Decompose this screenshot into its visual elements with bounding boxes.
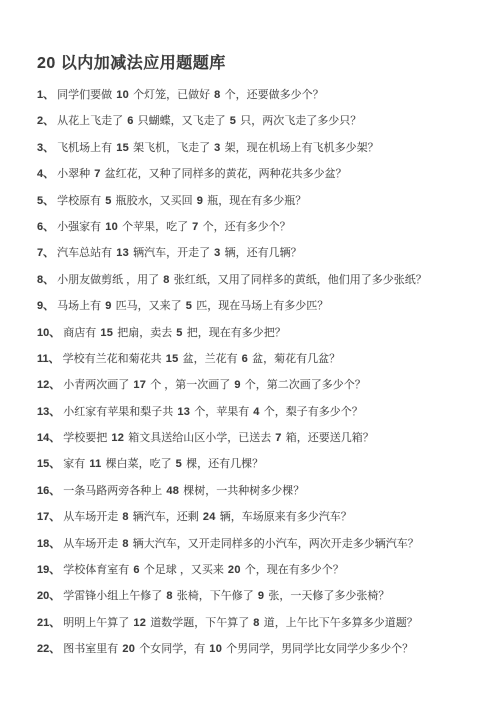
question-item: 8、小朋友做剪纸 ，用了 8 张红纸，又用了同样多的黄纸，他们用了多少张纸？ xyxy=(37,274,486,287)
question-item: 19、学校体育室有 6 个足球 ，又买来 20 个，现在有多少个？ xyxy=(37,564,486,577)
number-value: 5 xyxy=(104,195,112,207)
question-text: 小强家有 xyxy=(57,221,104,233)
question-text: 匹马，又来了 xyxy=(113,300,185,312)
question-text: 个，还有多少个？ xyxy=(200,221,291,233)
question-item: 11、学校有兰花和菊花共 15 盆，兰花有 6 盆，菊花有几盆？ xyxy=(37,353,486,366)
question-number: 8、 xyxy=(37,274,54,286)
question-number: 11、 xyxy=(37,353,60,365)
question-text: 瓶，现在有多少瓶？ xyxy=(204,195,306,207)
number-value: 7 xyxy=(274,432,282,444)
question-text: 把扇，卖去 xyxy=(114,327,175,339)
question-item: 6、小强家有 10 个苹果，吃了 7 个，还有多少个？ xyxy=(37,221,486,234)
question-number: 16、 xyxy=(37,485,60,497)
question-text: 个男同学，男同学比女同学少多少个？ xyxy=(223,643,413,655)
number-value: 10 xyxy=(115,89,130,101)
question-text: 学校有兰花和菊花共 xyxy=(63,353,165,365)
question-item: 16、一条马路两旁各种上 48 棵树，一共种树多少棵？ xyxy=(37,485,486,498)
question-text: 从花上飞走了 xyxy=(57,115,126,127)
number-value: 5 xyxy=(185,300,193,312)
question-text: 飞机场上有 xyxy=(57,142,115,154)
number-value: 12 xyxy=(110,432,125,444)
question-item: 17、从车场开走 8 辆汽车，还剩 24 辆，车场原来有多少汽车？ xyxy=(37,511,486,524)
question-text: 架，现在机场上有飞机多少架？ xyxy=(222,142,379,154)
number-value: 8 xyxy=(121,538,129,550)
question-text: 个，梨子有多少个？ xyxy=(261,406,363,418)
worksheet-page: 20 以内加减法应用题题库 1、同学们要做 10 个灯笼，已做好 8 个，还要做… xyxy=(0,0,500,708)
question-text: 箱文具送给山区小学，已送去 xyxy=(125,432,274,444)
question-text: 张，一天修了多少张椅？ xyxy=(265,590,389,602)
question-text: 明明上午算了 xyxy=(63,617,132,629)
question-text: 个，现在有多少个？ xyxy=(242,564,344,576)
question-text: 学校原有 xyxy=(57,195,104,207)
question-number: 3、 xyxy=(37,142,54,154)
number-value: 7 xyxy=(93,168,101,180)
question-item: 21、明明上午算了 12 道数学题，下午算了 8 道，上午比下午多算多少道题？ xyxy=(37,617,486,630)
question-number: 5、 xyxy=(37,195,54,207)
question-number: 10、 xyxy=(37,327,60,339)
question-item: 7、汽车总站有 13 辆汽车，开走了 3 辆，还有几辆？ xyxy=(37,247,486,260)
number-value: 8 xyxy=(165,590,173,602)
question-text: 盆，兰花有 xyxy=(180,353,241,365)
question-number: 2、 xyxy=(37,115,54,127)
question-text: 图书室里有 xyxy=(63,643,121,655)
number-value: 20 xyxy=(121,643,136,655)
question-number: 21、 xyxy=(37,617,60,629)
question-number: 7、 xyxy=(37,247,54,259)
question-text: 辆汽车，还剩 xyxy=(130,511,202,523)
question-item: 10、商店有 15 把扇，卖去 5 把，现在有多少把？ xyxy=(37,327,486,340)
question-list: 1、同学们要做 10 个灯笼，已做好 8 个，还要做多少个？2、从花上飞走了 6… xyxy=(37,89,486,670)
question-number: 1、 xyxy=(37,89,54,101)
page-title: 20 以内加减法应用题题库 xyxy=(37,50,226,73)
number-value: 17 xyxy=(132,379,147,391)
question-item: 20、学雷锋小组上午修了 8 张椅，下午修了 9 张，一天修了多少张椅？ xyxy=(37,590,486,603)
question-item: 1、同学们要做 10 个灯笼，已做好 8 个，还要做多少个？ xyxy=(37,89,486,102)
question-text: 从车场开走 xyxy=(63,538,121,550)
question-text: 小朋友做剪纸 ，用了 xyxy=(57,274,162,286)
question-text: 张红纸，又用了同样多的黄纸，他们用了多少张纸？ xyxy=(171,274,427,286)
question-number: 9、 xyxy=(37,300,54,312)
question-text: 辆，车场原来有多少汽车？ xyxy=(217,511,352,523)
number-value: 5 xyxy=(175,327,183,339)
question-number: 20、 xyxy=(37,590,60,602)
question-item: 15、家有 11 棵白菜，吃了 5 棵，还有几棵？ xyxy=(37,458,486,471)
question-text: 同学们要做 xyxy=(57,89,115,101)
question-text: 盆，菊花有几盆？ xyxy=(249,353,340,365)
question-text: 个 ，第一次画了 xyxy=(147,379,233,391)
number-value: 3 xyxy=(213,247,221,259)
question-text: 个足球 ，又买来 xyxy=(141,564,227,576)
number-value: 11 xyxy=(88,458,102,470)
question-text: 个灯笼，已做好 xyxy=(130,89,213,101)
number-value: 13 xyxy=(115,247,130,259)
question-item: 13、小红家有苹果和梨子共 13 个，苹果有 4 个，梨子有多少个？ xyxy=(37,406,486,419)
question-text: 辆，还有几辆？ xyxy=(222,247,302,259)
question-number: 6、 xyxy=(37,221,54,233)
question-text: 张椅，下午修了 xyxy=(174,590,257,602)
question-item: 14、学校要把 12 箱文具送给山区小学，已送去 7 箱，还要送几箱？ xyxy=(37,432,486,445)
number-value: 8 xyxy=(121,511,129,523)
question-item: 5、学校原有 5 瓶胶水，又买回 9 瓶，现在有多少瓶？ xyxy=(37,195,486,208)
question-text: 道数学题，下午算了 xyxy=(147,617,252,629)
question-number: 15、 xyxy=(37,458,60,470)
question-text: 架飞机，飞走了 xyxy=(130,142,213,154)
question-text: 小青两次画了 xyxy=(63,379,132,391)
question-number: 19、 xyxy=(37,564,60,576)
number-value: 9 xyxy=(233,379,241,391)
question-text: 小翠种 xyxy=(57,168,93,180)
question-text: 棵，还有几棵？ xyxy=(183,458,263,470)
question-number: 12、 xyxy=(37,379,60,391)
question-number: 17、 xyxy=(37,511,60,523)
question-text: 个，还要做多少个？ xyxy=(222,89,324,101)
question-number: 13、 xyxy=(37,406,60,418)
question-item: 9、马场上有 9 匹马，又来了 5 匹，现在马场上有多少匹？ xyxy=(37,300,486,313)
number-value: 8 xyxy=(162,274,170,286)
question-text: 把，现在有多少把？ xyxy=(184,327,286,339)
number-value: 7 xyxy=(191,221,199,233)
question-text: 棵树，一共种树多少棵？ xyxy=(180,485,304,497)
question-text: 棵白菜，吃了 xyxy=(103,458,175,470)
number-value: 15 xyxy=(99,327,114,339)
number-value: 15 xyxy=(165,353,180,365)
question-text: 小红家有苹果和梨子共 xyxy=(63,406,176,418)
question-text: 学雷锋小组上午修了 xyxy=(63,590,165,602)
number-value: 13 xyxy=(176,406,191,418)
question-text: 个苹果，吃了 xyxy=(119,221,191,233)
number-value: 5 xyxy=(175,458,183,470)
question-text: 汽车总站有 xyxy=(57,247,115,259)
question-text: 个女同学，有 xyxy=(136,643,208,655)
number-value: 5 xyxy=(229,115,237,127)
question-number: 18、 xyxy=(37,538,60,550)
question-text: 商店有 xyxy=(63,327,99,339)
question-text: 一条马路两旁各种上 xyxy=(63,485,165,497)
question-number: 22、 xyxy=(37,643,60,655)
question-item: 18、从车场开走 8 辆大汽车，又开走同样多的小汽车，两次开走多少辆汽车？ xyxy=(37,538,486,551)
question-item: 12、小青两次画了 17 个 ，第一次画了 9 个，第二次画了多少个？ xyxy=(37,379,486,392)
number-value: 3 xyxy=(213,142,221,154)
question-text: 盆红花，又种了同样多的黄花，两种花共多少盆？ xyxy=(102,168,347,180)
question-text: 匹，现在马场上有多少匹？ xyxy=(193,300,328,312)
number-value: 10 xyxy=(208,643,223,655)
number-value: 20 xyxy=(227,564,242,576)
question-text: 辆大汽车，又开走同样多的小汽车，两次开走多少辆汽车？ xyxy=(130,538,419,550)
question-item: 3、飞机场上有 15 架飞机，飞走了 3 架，现在机场上有飞机多少架？ xyxy=(37,142,486,155)
question-text: 家有 xyxy=(63,458,88,470)
question-text: 瓶胶水，又买回 xyxy=(113,195,196,207)
number-value: 48 xyxy=(165,485,180,497)
number-value: 9 xyxy=(104,300,112,312)
question-number: 4、 xyxy=(37,168,54,180)
question-text: 道，上午比下午多算多少道题？ xyxy=(261,617,418,629)
number-value: 15 xyxy=(115,142,130,154)
question-text: 马场上有 xyxy=(57,300,104,312)
question-text: 辆汽车，开走了 xyxy=(130,247,213,259)
question-text: 个，苹果有 xyxy=(191,406,252,418)
number-value: 10 xyxy=(104,221,119,233)
question-text: 个，第二次画了多少个？ xyxy=(242,379,366,391)
question-text: 只，两次飞走了多少只？ xyxy=(237,115,361,127)
question-text: 只蝴蝶，又飞走了 xyxy=(135,115,229,127)
number-value: 9 xyxy=(196,195,204,207)
question-item: 22、图书室里有 20 个女同学，有 10 个男同学，男同学比女同学少多少个？ xyxy=(37,643,486,656)
number-value: 6 xyxy=(126,115,134,127)
question-text: 箱，还要送几箱？ xyxy=(283,432,374,444)
question-item: 2、从花上飞走了 6 只蝴蝶，又飞走了 5 只，两次飞走了多少只？ xyxy=(37,115,486,128)
number-value: 6 xyxy=(241,353,249,365)
question-number: 14、 xyxy=(37,432,60,444)
question-item: 4、小翠种 7 盆红花，又种了同样多的黄花，两种花共多少盆？ xyxy=(37,168,486,181)
number-value: 12 xyxy=(132,617,147,629)
number-value: 8 xyxy=(252,617,260,629)
number-value: 24 xyxy=(202,511,217,523)
number-value: 8 xyxy=(213,89,221,101)
number-value: 4 xyxy=(252,406,260,418)
question-text: 学校要把 xyxy=(63,432,110,444)
question-text: 学校体育室有 xyxy=(63,564,132,576)
question-text: 从车场开走 xyxy=(63,511,121,523)
number-value: 6 xyxy=(132,564,140,576)
